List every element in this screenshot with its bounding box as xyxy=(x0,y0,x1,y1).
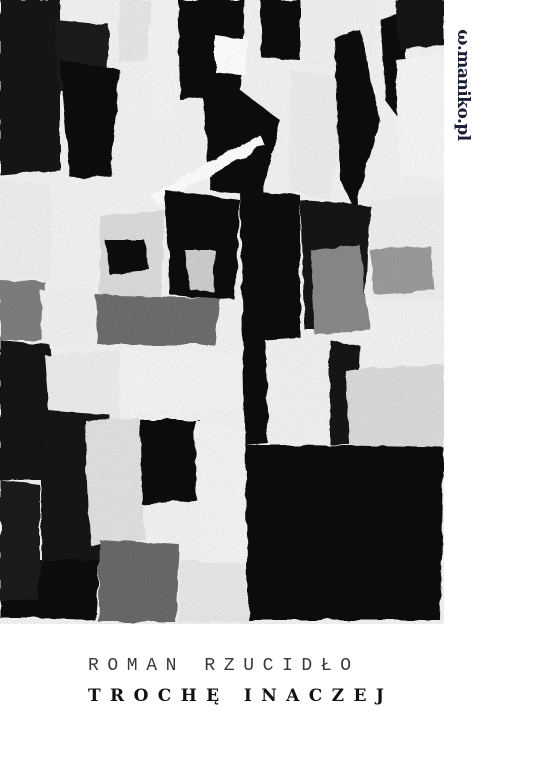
author-name: ROMAN RZUCIDŁO xyxy=(88,656,360,676)
collage-artwork xyxy=(0,0,444,624)
publisher-logo-text: ω.maniko.pl xyxy=(453,29,473,141)
book-cover: ω.maniko.pl ROMAN RZUCIDŁO TROCHĘ INACZE… xyxy=(0,0,536,768)
publisher-logo: ω.maniko.pl xyxy=(448,40,478,130)
book-title: TROCHĘ INACZEJ xyxy=(88,686,393,706)
